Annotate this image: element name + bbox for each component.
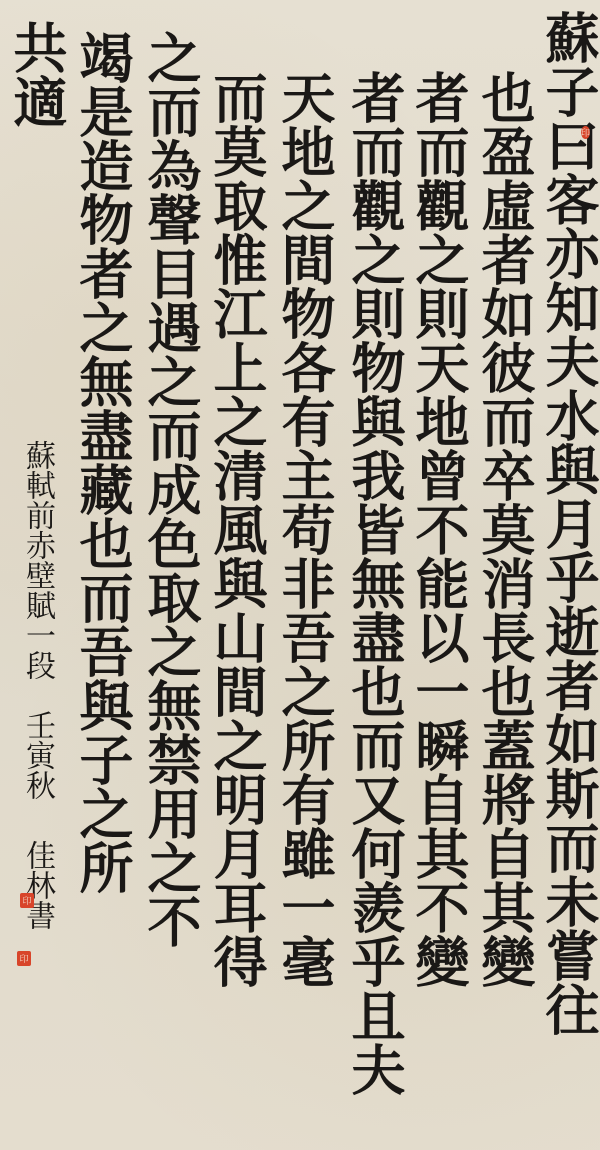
text-column-9: 共適 [10,20,64,220]
text-column-6: 而莫取惟江上之清風與山間之明月耳得 [210,70,264,1150]
text-column-8: 竭是造物者之無盡藏也而吾與子之所 [76,30,130,1150]
inscription-title: 蘇軾前赤壁賦一段 [22,440,52,680]
inscription-date: 壬寅秋 [22,710,52,800]
text-column-5: 天地之間物各有主苟非吾之所有雖一毫 [278,70,332,1150]
text-column-3: 者而觀之則天地曾不能以一瞬自其不變 [412,70,466,1150]
text-column-7: 之而為聲目遇之而成色取之無禁用之不 [144,30,198,1150]
seal-signature-2: 印 [17,951,31,966]
inscription-signature: 佳林書 [22,840,52,930]
seal-signature-1: 印 [20,893,34,908]
text-column-1: 蘇子曰客亦知夫水與月乎逝者如斯而未嘗往 [542,10,596,1150]
text-column-4: 者而觀之則物與我皆無盡也而又何羨乎且夫 [348,70,402,1150]
text-column-2: 也盈虛者如彼而卒莫消長也蓋將自其變 [478,70,532,1150]
seal-top-right: 印 [581,126,590,139]
